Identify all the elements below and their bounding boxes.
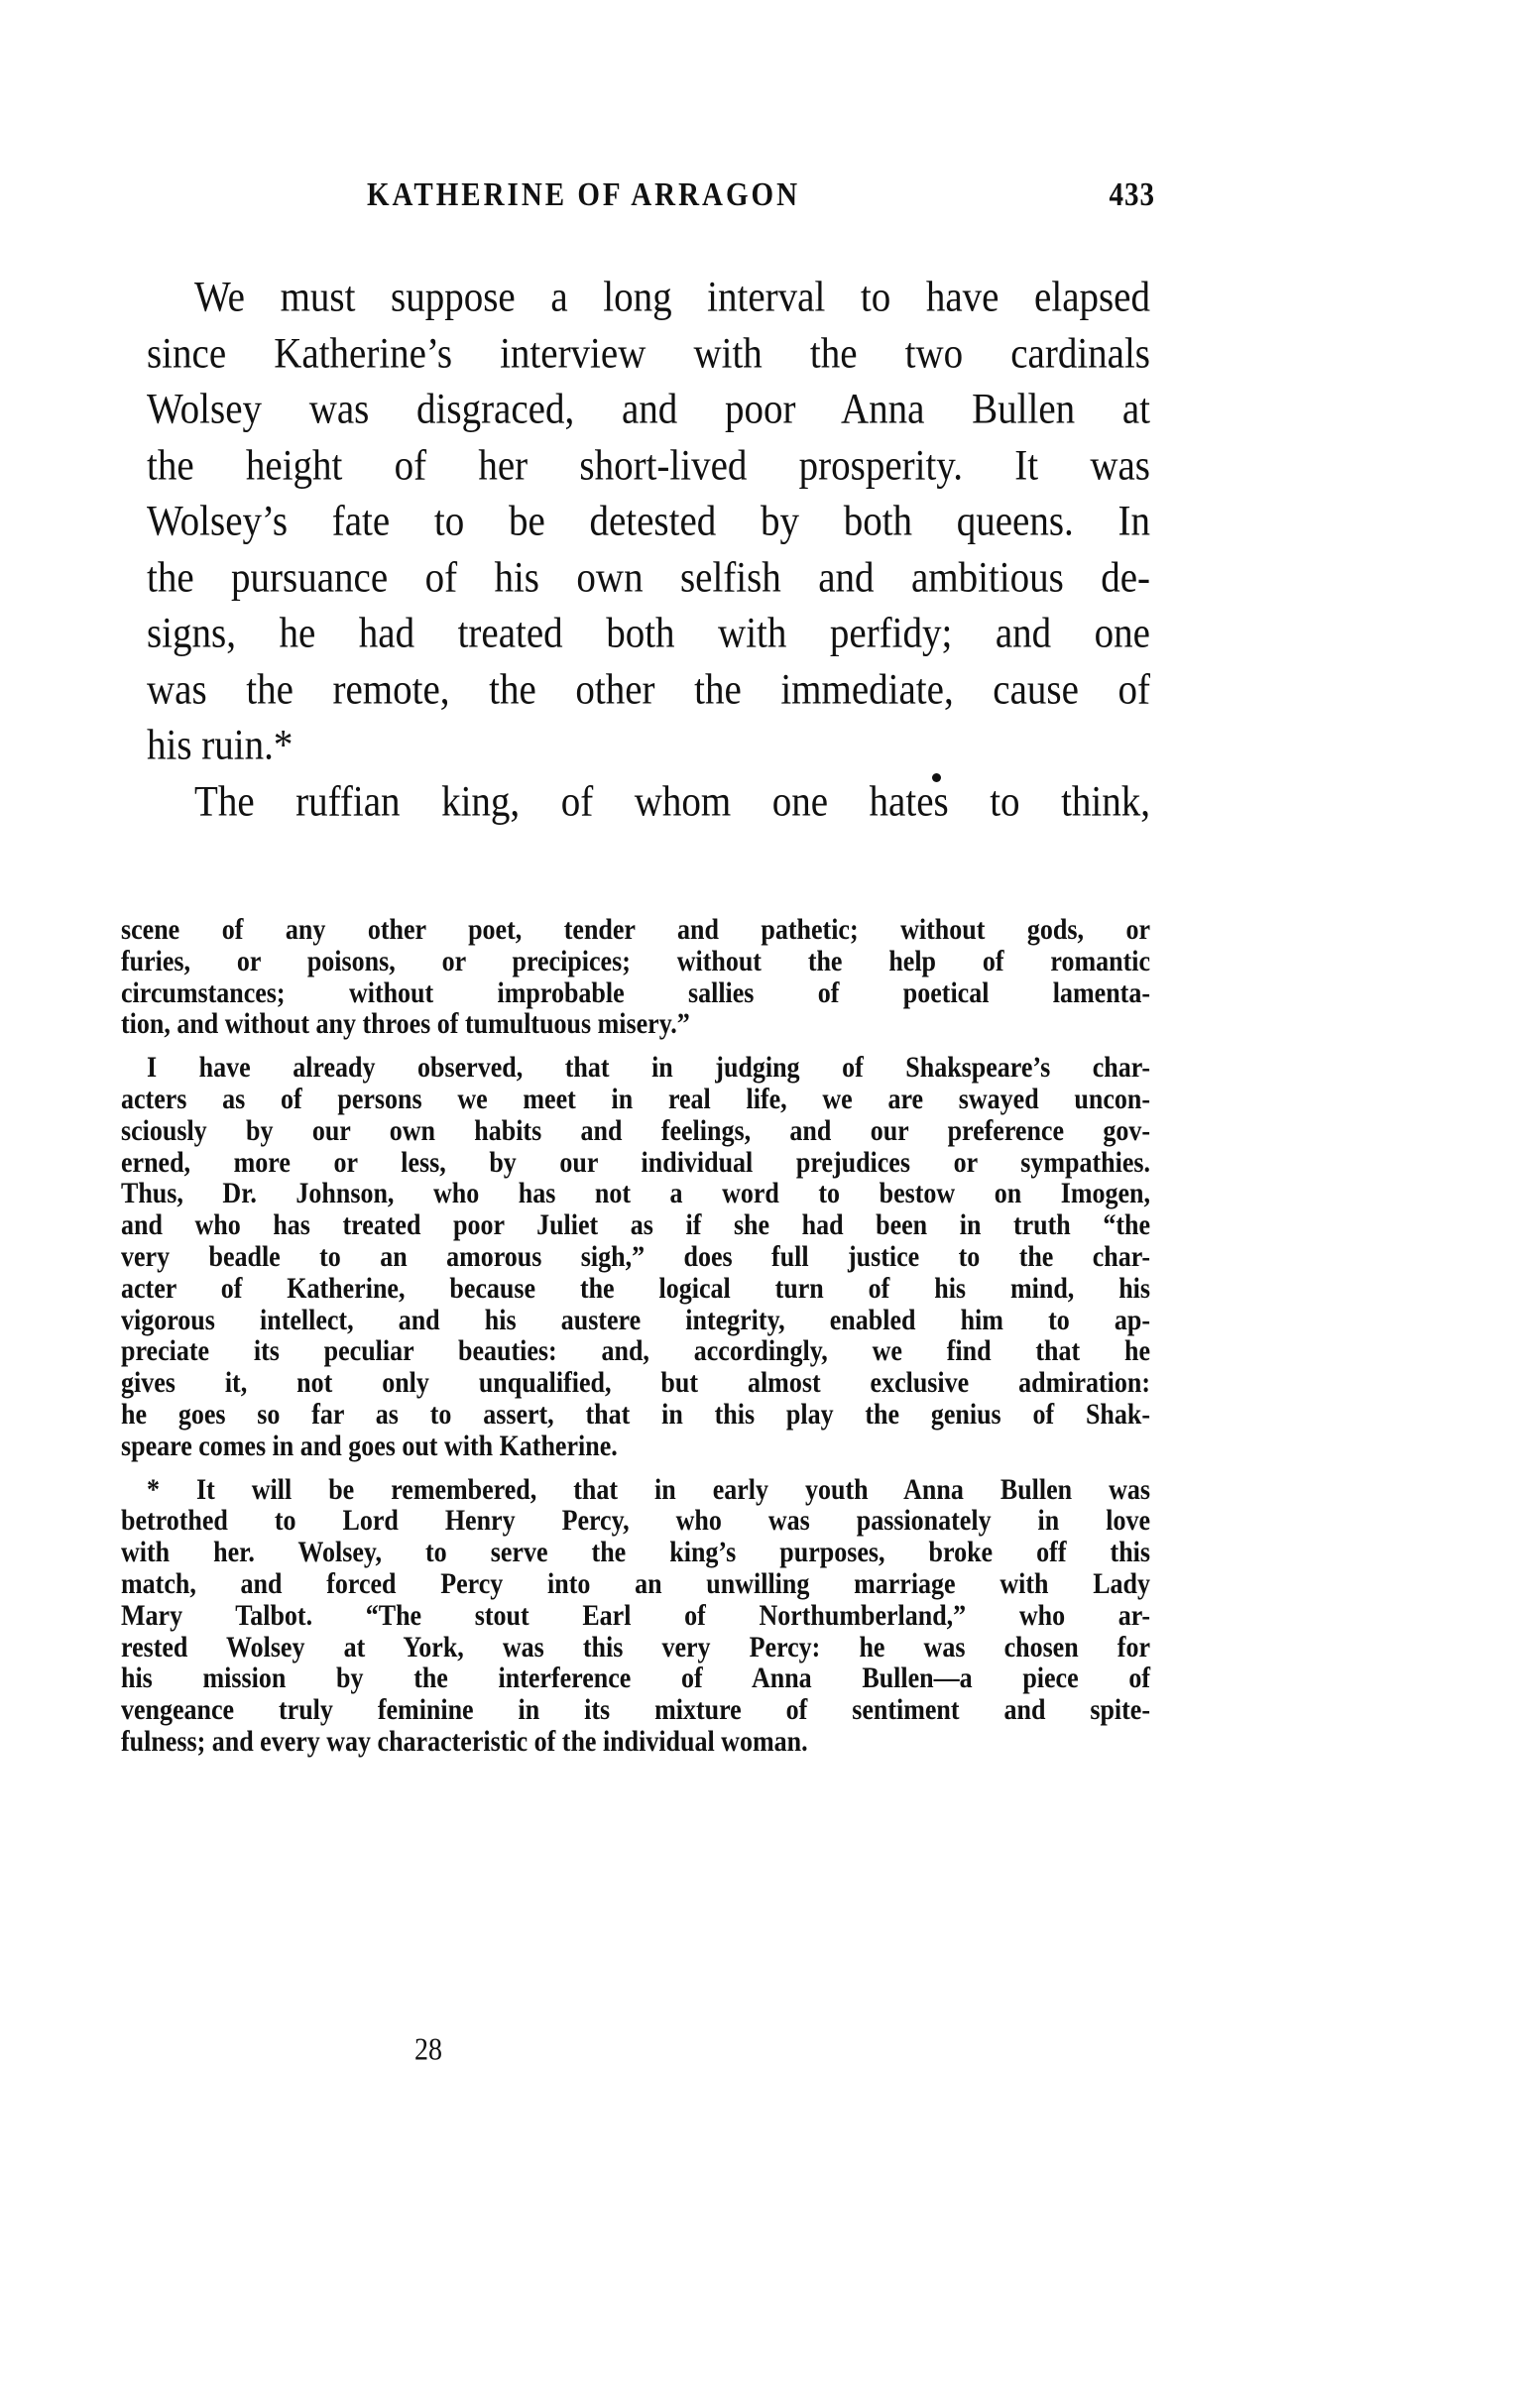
body-line: his ruin.*: [147, 715, 1150, 777]
body-line: since Katherine’s interview with the two…: [147, 322, 1150, 385]
asterisk-footnote-line: betrothed to Lord Henry Percy, who was p…: [121, 1503, 1150, 1539]
book-page: KATHERINE OF ARRAGON 433 We must suppose…: [0, 0, 1528, 2408]
footnote-line: very beadle to an amorous sigh,” does fu…: [121, 1239, 1150, 1275]
footnote-line: furies, or poisons, or precipices; witho…: [121, 944, 1150, 979]
footnote-line: tion, and without any throes of tumultuo…: [121, 1006, 1150, 1042]
footnote-line: erned, more or less, by our individual p…: [121, 1145, 1150, 1181]
footnote-line: preciate its peculiar beauties: and, acc…: [121, 1333, 1150, 1369]
footnote-line: vigorous intellect, and his austere inte…: [121, 1303, 1150, 1338]
body-line: signs, he had treated both with perfidy;…: [147, 603, 1150, 665]
body-line: the height of her short-lived prosperity…: [147, 434, 1150, 497]
running-head: KATHERINE OF ARRAGON 433: [367, 176, 1155, 222]
footnotes: scene of any other poet, tender and path…: [121, 914, 1150, 1758]
footnote-line: speare comes in and goes out with Kather…: [121, 1429, 1150, 1464]
asterisk-footnote-line: fulness; and every way characteristic of…: [121, 1724, 1150, 1760]
footnote-line: I have already observed, that in judging…: [121, 1050, 1150, 1086]
page-number: 433: [1110, 176, 1156, 214]
body-line: We must suppose a long interval to have …: [147, 267, 1150, 329]
running-head-title: KATHERINE OF ARRAGON: [367, 176, 800, 214]
footnote-line: sciously by our own habits and feelings,…: [121, 1113, 1150, 1149]
footnote-line: circumstances; without improbable sallie…: [121, 975, 1150, 1011]
signature-mark: 28: [414, 2032, 442, 2069]
asterisk-footnote-line: vengeance truly feminine in its mixture …: [121, 1692, 1150, 1728]
asterisk-footnote-line: match, and forced Percy into an unwillin…: [121, 1566, 1150, 1602]
footnote-line: he goes so far as to assert, that in thi…: [121, 1397, 1150, 1433]
footnote-line: gives it, not only unqualified, but almo…: [121, 1365, 1150, 1401]
asterisk-footnote-line: Mary Talbot. “The stout Earl of Northumb…: [121, 1598, 1150, 1634]
print-blemish: [932, 773, 941, 782]
asterisk-footnote-line: with her. Wolsey, to serve the king’s pu…: [121, 1535, 1150, 1570]
body-line: Wolsey was disgraced, and poor Anna Bull…: [147, 379, 1150, 441]
footnote-line: Thus, Dr. Johnson, who has not a word to…: [121, 1176, 1150, 1211]
footnote-line: scene of any other poet, tender and path…: [121, 912, 1150, 948]
asterisk-footnote-line: * It will be remembered, that in early y…: [121, 1472, 1150, 1508]
asterisk-footnote-line: his mission by the interference of Anna …: [121, 1661, 1150, 1696]
body-line: the pursuance of his own selfish and amb…: [147, 546, 1150, 609]
body-line: was the remote, the other the immediate,…: [147, 658, 1150, 721]
footnote-line: and who has treated poor Juliet as if sh…: [121, 1207, 1150, 1243]
footnote-line: acters as of persons we meet in real lif…: [121, 1082, 1150, 1117]
footnote-line: acter of Katherine, because the logical …: [121, 1271, 1150, 1307]
body-line: Wolsey’s fate to be detested by both que…: [147, 491, 1150, 553]
main-body-text: We must suppose a long interval to have …: [147, 270, 1150, 830]
body-line: The ruffian king, of whom one hates to t…: [147, 770, 1150, 833]
asterisk-footnote-line: rested Wolsey at York, was this very Per…: [121, 1630, 1150, 1665]
